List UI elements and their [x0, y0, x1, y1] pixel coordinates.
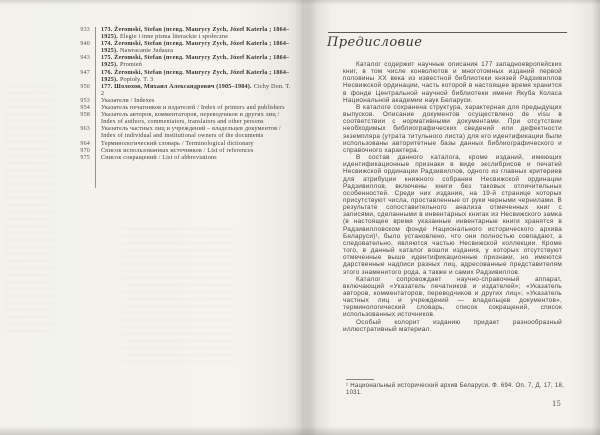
scan-edge-top	[0, 0, 600, 5]
toc-entry-text: Указатель частных лиц и учреждений – вла…	[101, 126, 291, 140]
toc-page-number: 947	[57, 70, 90, 77]
toc-page-number: 943	[57, 55, 90, 62]
toc-entry-text: Список использованных источников / List …	[101, 148, 291, 155]
preface-body: Каталог содержит научные описания 177 за…	[343, 61, 562, 333]
table-of-contents-row: 975 Список сокращений / List of abbrevia…	[57, 155, 293, 162]
book-spread-scan: 933 173. Żeromski, Stefan (псевд. Mauryc…	[0, 0, 600, 435]
preface-paragraph: Особый колорит изданию придает разнообра…	[343, 319, 562, 333]
toc-page-number: 953	[57, 98, 90, 105]
toc-page-number: 954	[57, 105, 90, 112]
preface-paragraph: В состав данного каталога, кроме изданий…	[343, 154, 562, 276]
toc-entry-text: 176. Żeromski, Stefan (псевд. Maurycy Zy…	[101, 70, 291, 84]
toc-page-number: 970	[57, 148, 90, 155]
page-number: 15	[552, 400, 561, 408]
toc-page-number: 950	[57, 84, 90, 91]
toc-entry-text: 177. Шолохов, Михаил Александрович (1905…	[101, 84, 291, 98]
scan-edge-right	[592, 0, 600, 435]
toc-entry-title: Elegie i inne pisma literackie i społecz…	[120, 34, 228, 40]
toc-entry-title: Nawracanie Judasza	[120, 48, 173, 54]
toc-entry-text: Указатели / Indexes	[101, 98, 291, 105]
table-of-contents-row: 970 Список использованных источников / L…	[57, 148, 293, 155]
bleed-through-texture	[4, 85, 54, 335]
table-of-contents-row: 940 174. Żeromski, Stefan (псевд. Mauryc…	[57, 41, 293, 55]
left-page: 933 173. Żeromski, Stefan (псевд. Mauryc…	[0, 0, 302, 435]
toc-page-number: 940	[57, 41, 90, 48]
toc-entry-title: Popioły. T. 3	[120, 77, 153, 83]
footnote-rule	[346, 379, 374, 380]
toc-page-number: 975	[57, 155, 90, 162]
scan-edge-bottom	[0, 426, 600, 435]
toc-entry-title: Список сокращений / List of abbreviation…	[101, 155, 217, 161]
toc-entry-title: Указатель частных лиц и учреждений – вла…	[101, 126, 281, 139]
toc-entry-title: Указатель печатников и издателей / Index…	[101, 105, 285, 111]
toc-entry-text: Указатель печатников и издателей / Index…	[101, 105, 291, 112]
table-of-contents-row: 954 Указатель печатников и издателей / I…	[57, 105, 293, 112]
toc-entry-title: Указатель авторов, комментаторов, перево…	[101, 112, 279, 125]
toc-entry-text: Список сокращений / List of abbreviation…	[101, 155, 291, 162]
toc-entry-text: 175. Żeromski, Stefan (псевд. Maurycy Zy…	[101, 55, 291, 69]
page-title: Предисловие	[327, 35, 422, 50]
preface-paragraph: Каталог сопровождает научно-справочный а…	[343, 276, 562, 319]
toc-page-number: 963	[57, 126, 90, 133]
toc-page-number: 964	[57, 141, 90, 148]
table-of-contents-row: 953 Указатели / Indexes	[57, 98, 293, 105]
toc-page-number: 958	[57, 112, 90, 119]
preface-paragraph: В каталоге сохранена структура, характер…	[343, 104, 562, 154]
right-page: Предисловие Каталог содержит научные опи…	[302, 0, 600, 435]
table-of-contents-row: 947 176. Żeromski, Stefan (псевд. Mauryc…	[57, 70, 293, 84]
table-of-contents-row: 943 175. Żeromski, Stefan (псевд. Mauryc…	[57, 55, 293, 69]
toc-entry-title: Указатели / Indexes	[101, 98, 154, 104]
toc-entry-title: Список использованных источников / List …	[101, 148, 254, 154]
table-of-contents-row: 933 173. Żeromski, Stefan (псевд. Mauryc…	[57, 27, 293, 41]
table-of-contents-row: 964 Терминологический словарь / Terminol…	[57, 141, 293, 148]
table-of-contents-row: 963 Указатель частных лиц и учреждений –…	[57, 126, 293, 140]
toc-page-number: 933	[57, 27, 90, 34]
footnote: ¹ Национальный исторический архив Белару…	[346, 383, 564, 397]
toc-entry-text: Терминологический словарь / Terminologic…	[101, 141, 291, 148]
table-of-contents-row: 950 177. Шолохов, Михаил Александрович (…	[57, 84, 293, 98]
toc-entry-text: Указатель авторов, комментаторов, перево…	[101, 112, 291, 126]
table-of-contents: 933 173. Żeromski, Stefan (псевд. Mauryc…	[57, 27, 293, 162]
toc-entry-title: Терминологический словарь / Terminologic…	[101, 141, 254, 147]
toc-entry-text: 174. Żeromski, Stefan (псевд. Maurycy Zy…	[101, 41, 291, 55]
bleed-through-texture	[122, 228, 234, 363]
table-of-contents-row: 958 Указатель авторов, комментаторов, пе…	[57, 112, 293, 126]
toc-entry-title: Promień	[120, 62, 142, 68]
toc-entry-text: 173. Żeromski, Stefan (псевд. Maurycy Zy…	[101, 27, 291, 41]
preface-paragraph: Каталог содержит научные описания 177 за…	[343, 61, 562, 104]
toc-entry-author: 177. Шолохов, Михаил Александрович (1905…	[101, 84, 252, 90]
title-rule	[328, 32, 567, 33]
